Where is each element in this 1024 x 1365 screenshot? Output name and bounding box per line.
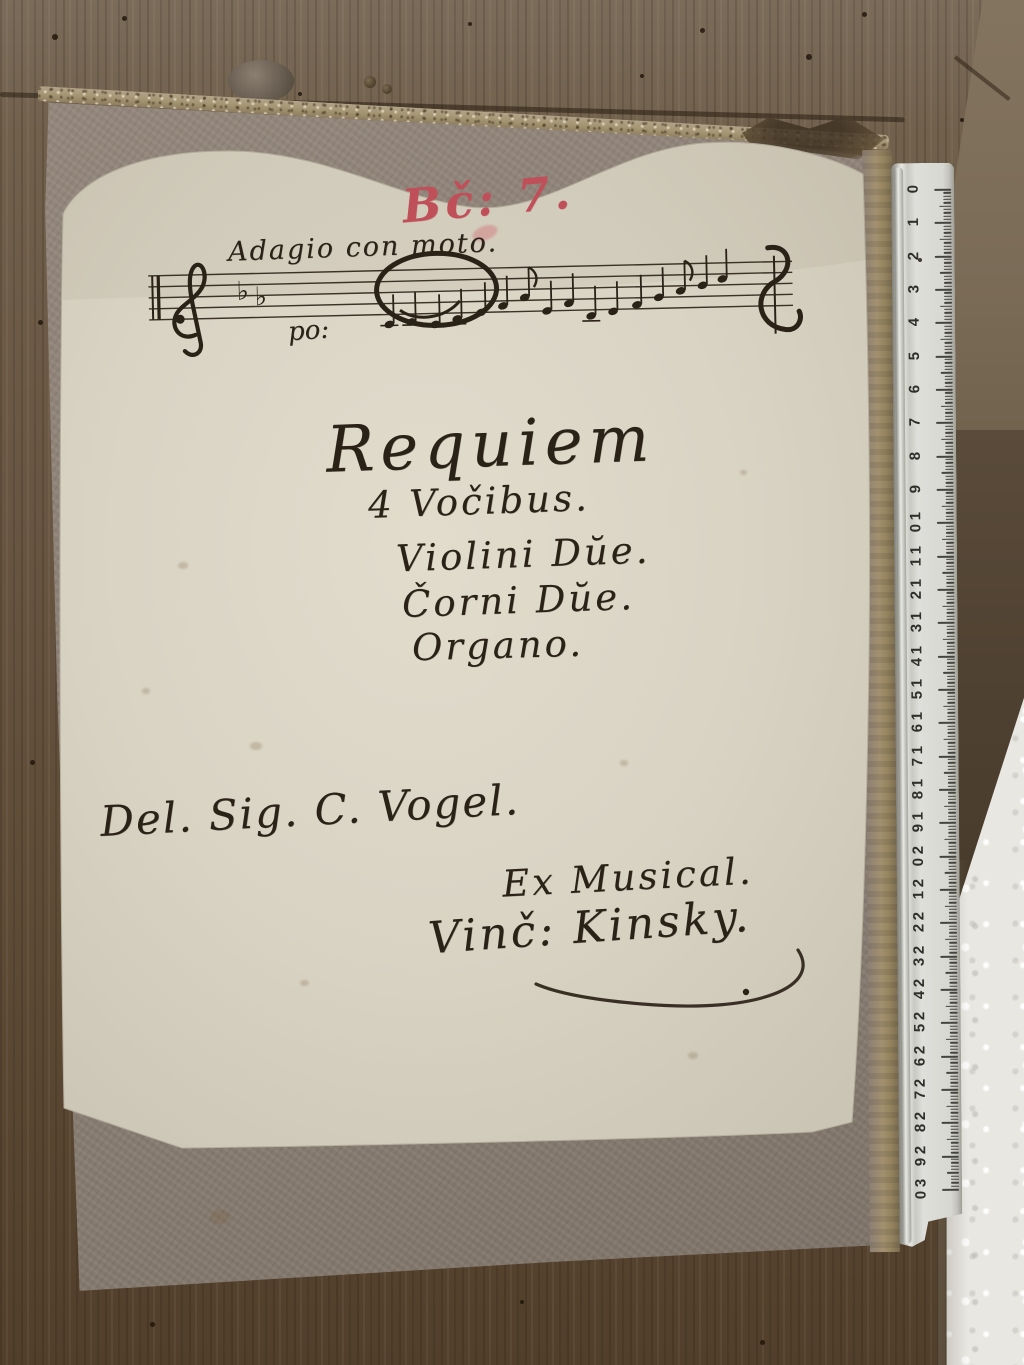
ruler-tick (946, 602, 954, 603)
wood-hole (520, 1300, 524, 1304)
ruler-tick (947, 1139, 959, 1140)
ruler-tick (944, 232, 952, 233)
ruler-number: 6 (908, 383, 923, 395)
ruler-tick (945, 385, 953, 386)
ruler-tick (947, 699, 955, 700)
ruler-tick (949, 982, 957, 983)
ruler-number: 17 (911, 744, 926, 768)
ruler-tick (950, 1032, 958, 1033)
ruler-tick (942, 572, 954, 573)
ruler-tick (944, 249, 952, 250)
ruler-tick (948, 765, 956, 766)
wood-hole (150, 1322, 155, 1327)
ruler-digit: 8 (910, 448, 922, 463)
ruler-tick (947, 669, 955, 670)
scoring-line-organ: Organo. (411, 622, 584, 669)
ruler-tick (944, 839, 956, 840)
ruler-tick (944, 332, 952, 333)
ruler-tick (947, 685, 955, 686)
ruler-tick (942, 605, 954, 606)
ruler-tick (944, 229, 952, 230)
ruler-tick (944, 302, 952, 303)
dynamic-marking: po: (287, 315, 330, 348)
ruler-digit: 4 (909, 315, 921, 330)
ruler-tick (949, 935, 957, 936)
ruler-tick (951, 1185, 959, 1186)
ruler-tick (943, 639, 955, 640)
ruler-tick (944, 269, 952, 270)
wood-hole (918, 258, 922, 262)
metal-fitting (228, 60, 294, 102)
ruler-tick (950, 999, 958, 1000)
ruler-tick (946, 562, 954, 563)
ruler-tick (949, 975, 957, 976)
ruler-tick (944, 335, 952, 336)
ruler-number: 26 (913, 1044, 928, 1068)
ruler-tick (936, 422, 953, 424)
ruler-number: 0 (906, 183, 921, 195)
ruler-tick (945, 379, 953, 380)
ruler-tick (945, 382, 953, 383)
ruler-tick (947, 645, 955, 646)
ruler-digit: 9 (910, 481, 922, 496)
ruler-digit: 9 (913, 821, 925, 836)
ruler-number: 9 (909, 483, 924, 495)
ruler-tick (951, 1125, 959, 1126)
ruler-number: 15 (910, 677, 925, 701)
ruler-tick (949, 885, 957, 886)
ruler-tick (945, 442, 953, 443)
ruler-tick (950, 1009, 958, 1010)
ruler-tick (949, 919, 957, 920)
wood-hole (468, 22, 472, 26)
nail-head (382, 84, 392, 94)
ruler-tick (950, 1112, 958, 1113)
ruler-tick (946, 512, 954, 513)
ruler-digit: 7 (915, 1087, 927, 1102)
ruler-tick (945, 362, 953, 363)
ruler-tick (947, 702, 955, 703)
ruler-digit: 7 (912, 754, 924, 769)
ruler-tick (949, 875, 957, 876)
ruler-tick (946, 499, 954, 500)
ruler-tick (944, 329, 952, 330)
ruler-tick (947, 1172, 959, 1173)
ruler-tick (946, 552, 954, 553)
ruler-tick (946, 515, 954, 516)
ruler-tick (946, 529, 954, 530)
ruler-digit: 6 (909, 382, 921, 397)
ruler-digit: 8 (915, 1121, 927, 1136)
ruler-tick (949, 892, 957, 893)
ruler-tick (949, 902, 957, 903)
ruler-tick (940, 305, 952, 306)
ruler-tick (950, 1045, 958, 1046)
ruler-tick (947, 619, 955, 620)
ruler-tick (950, 1019, 958, 1020)
ruler-tick (951, 1145, 959, 1146)
ruler-digit: 3 (911, 621, 923, 636)
ruler-tick (951, 1159, 959, 1160)
ruler-tick (944, 245, 952, 246)
ruler-tick (947, 629, 955, 630)
ruler-tick (934, 189, 951, 191)
ruler-tick (944, 325, 952, 326)
ruler-tick (944, 285, 952, 286)
ruler: 0123456789101112131415161718192021222324… (891, 163, 963, 1251)
ruler-tick (944, 295, 952, 296)
ruler-tick (945, 449, 953, 450)
ruler-number: 1 (906, 216, 921, 228)
ruler-tick (946, 495, 954, 496)
ruler-tick (943, 672, 955, 673)
ruler-tick (945, 445, 953, 446)
ruler-tick (946, 1072, 958, 1073)
ruler-tick (945, 462, 953, 463)
wood-hole (760, 1340, 765, 1345)
ruler-tick (951, 1165, 959, 1166)
ruler-tick (948, 815, 956, 816)
ruler-tick (948, 769, 956, 770)
ruler-tick (945, 475, 953, 476)
ruler-tick (951, 1149, 959, 1150)
ruler-tick (949, 912, 957, 913)
ruler-tick (950, 1092, 958, 1093)
ruler-tick (944, 299, 952, 300)
ruler-tick (946, 579, 954, 580)
ruler-tick (948, 832, 956, 833)
ruler-tick (945, 415, 953, 416)
ruler-tick (950, 1002, 958, 1003)
ruler-tick (950, 1012, 958, 1013)
ruler-tick (944, 242, 952, 243)
ruler-tick (946, 585, 954, 586)
ruler-tick (945, 429, 953, 430)
ruler-tick (945, 359, 953, 360)
ruler-tick (945, 905, 957, 906)
ruler-tick (934, 222, 951, 224)
ruler-tick (948, 842, 956, 843)
ruler-tick (943, 212, 951, 213)
ruler-tick (949, 979, 957, 980)
ruler-tick (948, 775, 956, 776)
ruler-tick (942, 1189, 959, 1191)
ruler-tick (949, 949, 957, 950)
paper-foxing-spot (688, 1052, 698, 1059)
ruler-digit: 3 (908, 282, 920, 297)
ruler-tick (945, 369, 953, 370)
ruler-tick (948, 819, 956, 820)
ruler-tick (946, 569, 954, 570)
ruler-tick (951, 1142, 959, 1143)
ruler-number: 11 (909, 544, 924, 568)
ruler-digit: 0 (908, 182, 920, 197)
ruler-tick (950, 1025, 958, 1026)
ruler-digit: 0 (916, 1187, 928, 1202)
ruler-tick (946, 549, 954, 550)
music-notation: ♭♭ (144, 241, 806, 368)
ruler-tick (950, 1069, 958, 1070)
ruler-tick (949, 865, 957, 866)
ruler-tick (950, 1085, 958, 1086)
ruler-tick (949, 969, 957, 970)
ruler-digit: 4 (911, 654, 923, 669)
ruler-digit: 0 (910, 521, 922, 536)
ruler-tick (946, 535, 954, 536)
ruler-number: 29 (914, 1144, 929, 1168)
ruler-tick (944, 252, 952, 253)
ruler-tick (944, 349, 952, 350)
ruler-tick (945, 409, 953, 410)
ruler-tick (946, 482, 954, 483)
ruler-tick (948, 745, 956, 746)
ruler-tick (945, 469, 953, 470)
ruler-tick (944, 739, 956, 740)
ruler-tick (951, 1169, 959, 1170)
ruler-tick (947, 615, 955, 616)
ruler-tick (940, 339, 952, 340)
ruler-tick (949, 945, 957, 946)
ruler-number: 22 (912, 910, 927, 934)
ruler-tick (944, 342, 952, 343)
ruler-number: 12 (909, 577, 924, 601)
ruler-tick (950, 995, 958, 996)
scoring-line-horns: Čorni Dŭe. (401, 575, 635, 626)
ruler-tick (948, 782, 956, 783)
ruler-tick (950, 1062, 958, 1063)
ruler-tick (950, 1115, 958, 1116)
ruler-tick (949, 965, 957, 966)
ruler-digit: 8 (912, 787, 924, 802)
wood-hole (862, 12, 867, 17)
ruler-digit: 5 (912, 687, 924, 702)
ruler-tick (944, 265, 952, 266)
ruler-tick (947, 649, 955, 650)
ruler-tick (943, 705, 955, 706)
ruler-tick (946, 509, 954, 510)
ruler-tick (945, 435, 953, 436)
ruler-number: 14 (910, 644, 925, 668)
ruler-tick (948, 845, 956, 846)
ruler-tick (939, 205, 951, 206)
ruler-tick (946, 525, 954, 526)
ruler-tick (946, 545, 954, 546)
ruler-tick (946, 595, 954, 596)
ruler-tick (942, 505, 954, 506)
wood-hole (52, 34, 58, 40)
ruler-tick (949, 932, 957, 933)
ruler-tick (945, 375, 953, 376)
ruler-tick (947, 692, 955, 693)
ruler-tick (950, 1075, 958, 1076)
ruler-tick (937, 555, 954, 557)
ruler-tick (949, 929, 957, 930)
ruler-tick (949, 942, 957, 943)
ruler-tick (950, 1042, 958, 1043)
ruler-tick (948, 825, 956, 826)
ruler-tick (947, 682, 955, 683)
ruler-tick (944, 312, 952, 313)
ruler-tick (950, 1035, 958, 1036)
ruler-tick (950, 1102, 958, 1103)
ruler-tick (947, 695, 955, 696)
ruler-tick (946, 575, 954, 576)
ruler-tick (945, 872, 957, 873)
ruler-tick (939, 855, 956, 857)
ruler-tick (944, 235, 952, 236)
ruler-tick (949, 985, 957, 986)
paper-foxing-spot (210, 1210, 230, 1224)
ruler-number: 3 (907, 283, 922, 295)
ruler-tick (940, 955, 957, 957)
ruler-number: 27 (913, 1077, 928, 1101)
ruler-tick (943, 199, 951, 200)
paper-foxing-spot (300, 980, 309, 986)
ruler-tick (948, 752, 956, 753)
ruler-tick (951, 1132, 959, 1133)
ruler-tick (938, 722, 955, 724)
ruler-tick (943, 225, 951, 226)
ruler-tick (939, 755, 956, 757)
ruler-tick (945, 412, 953, 413)
ruler-tick (948, 762, 956, 763)
ruler-digit: 2 (911, 587, 923, 602)
ruler-tick (945, 395, 953, 396)
ruler-tick (948, 812, 956, 813)
ruler-tick (950, 1049, 958, 1050)
ruler-tick (948, 859, 956, 860)
ruler-tick (943, 215, 951, 216)
wood-hole (700, 28, 705, 33)
ruler-tick (946, 492, 954, 493)
ruler-tick (947, 729, 955, 730)
ruler-tick (939, 789, 956, 791)
ruler-number: 24 (912, 977, 927, 1001)
ruler-tick (950, 1015, 958, 1016)
ruler-tick (937, 589, 954, 591)
ruler-tick (942, 539, 954, 540)
ruler-tick (946, 582, 954, 583)
ruler-tick (943, 209, 951, 210)
ruler-tick (943, 195, 951, 196)
ruler-number: 25 (913, 1010, 928, 1034)
ruler-digit: 5 (909, 348, 921, 363)
scoring-line-voices: 4 Vočibus. (367, 476, 590, 527)
ruler-tick (947, 662, 955, 663)
ruler-tick (950, 1065, 958, 1066)
ruler-tick (947, 735, 955, 736)
ruler-tick (947, 679, 955, 680)
work-title: Requiem (325, 402, 657, 487)
ruler-tick (946, 592, 954, 593)
ruler-tick (941, 439, 953, 440)
ruler-tick (949, 895, 957, 896)
ruler-tick (946, 519, 954, 520)
ruler-tick (948, 792, 956, 793)
wood-hole (806, 54, 812, 60)
ruler-number: 23 (912, 944, 927, 968)
ruler-digit: 7 (909, 415, 921, 430)
ruler-tick (949, 952, 957, 953)
ruler-number: 13 (910, 610, 925, 634)
ruler-tick (944, 275, 952, 276)
ruler-tick (944, 262, 952, 263)
ruler-tick (950, 1079, 958, 1080)
ruler-tick (937, 522, 954, 524)
ruler-tick (947, 725, 955, 726)
ruler-digit: 5 (914, 1021, 926, 1036)
ruler-tick (944, 345, 952, 346)
ruler-tick (940, 922, 957, 924)
wood-hole (38, 320, 43, 325)
ruler-tick (938, 622, 955, 624)
ruler-tick (944, 772, 956, 773)
ruler-number: 4 (907, 316, 922, 328)
ruler-tick (950, 1095, 958, 1096)
ruler-tick (948, 829, 956, 830)
ruler-tick (947, 642, 955, 643)
ruler-tick (945, 465, 953, 466)
ruler-tick (951, 1179, 959, 1180)
ruler-tick (951, 1182, 959, 1183)
ruler-digit: 1 (913, 887, 925, 902)
ruler-tick (950, 1099, 958, 1100)
ruler-digit: 1 (908, 215, 920, 230)
ruler-number: 5 (907, 350, 922, 362)
ruler-tick (941, 405, 953, 406)
ruler-digit: 6 (912, 721, 924, 736)
ruler-tick (944, 315, 952, 316)
ruler-tick (947, 609, 955, 610)
ruler-tick (948, 795, 956, 796)
ruler-tick (947, 675, 955, 676)
ruler-tick (938, 689, 955, 691)
paper-foxing-spot (250, 742, 262, 750)
ruler-tick (946, 1005, 958, 1006)
ruler-tick (946, 599, 954, 600)
ruler-number: 10 (909, 510, 924, 534)
ruler-tick (951, 1119, 959, 1120)
wood-hole (30, 760, 35, 765)
ruler-number: 8 (908, 450, 923, 462)
ruler-tick (946, 502, 954, 503)
ruler-digit: 3 (914, 954, 926, 969)
scoring-line-violins: Violini Dŭe. (395, 529, 651, 581)
ruler-tick (947, 709, 955, 710)
ruler-tick (949, 869, 957, 870)
ruler-tick (949, 882, 957, 883)
ruler-tick (941, 472, 953, 473)
paper-foxing-spot (178, 562, 188, 569)
ruler-number: 28 (913, 1110, 928, 1134)
ruler-tick (946, 565, 954, 566)
ruler-tick (949, 962, 957, 963)
ruler-tick (939, 822, 956, 824)
ruler-tick (945, 452, 953, 453)
ruler-tick (947, 715, 955, 716)
ruler-number: 7 (908, 416, 923, 428)
ruler-tick (946, 1105, 958, 1106)
ruler-tick (935, 289, 952, 291)
ruler-tick (944, 259, 952, 260)
ruler-tick (948, 785, 956, 786)
photo-of-manuscript: Bč: 7. Adagio con moto. ♭♭ po: Requiem 4… (0, 0, 1024, 1365)
ruler-digit: 6 (914, 1054, 926, 1069)
ruler-digit: 2 (913, 921, 925, 936)
ruler-digit: 1 (911, 554, 923, 569)
ruler-tick (950, 1052, 958, 1053)
paper-foxing-spot (620, 760, 628, 766)
